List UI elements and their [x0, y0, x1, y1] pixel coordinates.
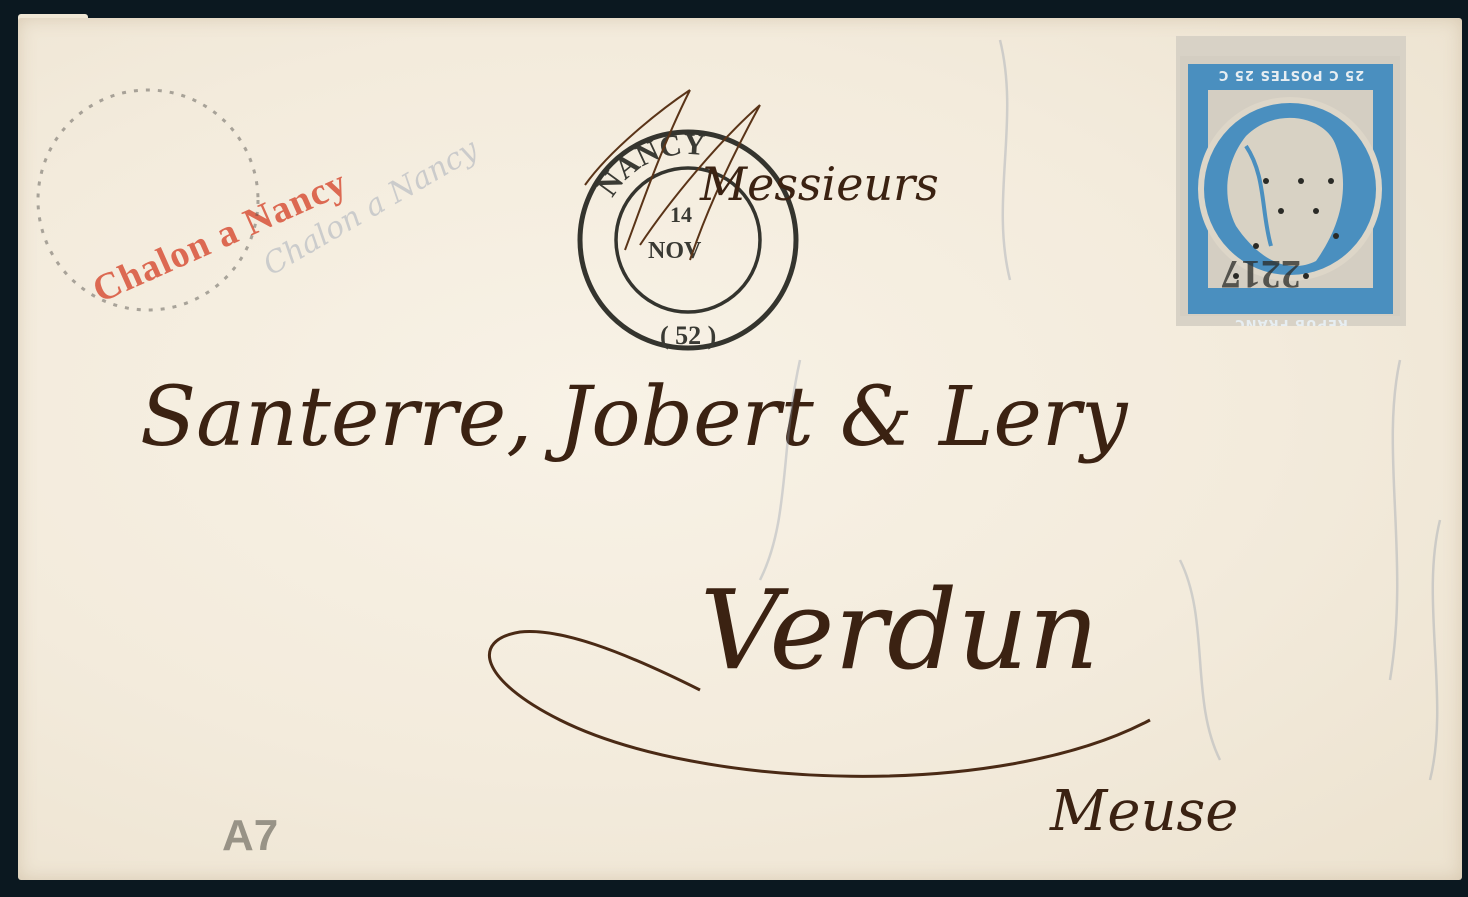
svg-text:2217: 2217 — [1221, 252, 1301, 297]
lower-left-mark: A7 — [222, 811, 278, 860]
postage-stamp: REPUB FRANC 25 C POSTES 25 C 2217 — [1176, 36, 1406, 326]
svg-text:25 C POSTES 25 C: 25 C POSTES 25 C — [1218, 67, 1364, 82]
region-name: Meuse — [1049, 779, 1238, 844]
postmark-department: ( 52 ) — [660, 321, 716, 350]
city-name: Verdun — [700, 566, 1099, 694]
postmark-day: 14 — [670, 202, 692, 227]
salutation-text: Messieurs — [699, 157, 939, 211]
faint-postmark — [38, 90, 258, 310]
svg-text:REPUB FRANC: REPUB FRANC — [1234, 316, 1348, 326]
recipient-name: Santerre, Jobert & Lery — [140, 370, 1129, 465]
